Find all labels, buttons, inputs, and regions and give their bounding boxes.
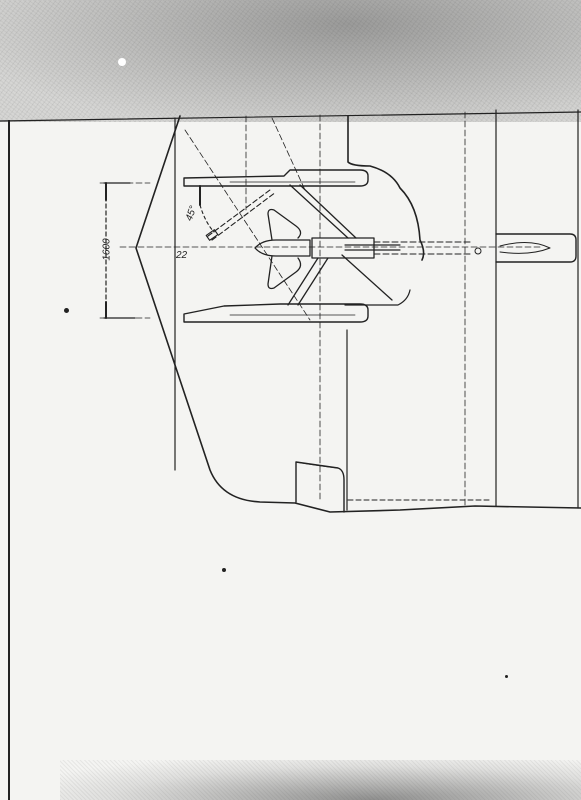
ink-speck xyxy=(505,675,508,678)
scan-blemish xyxy=(118,58,126,66)
upper-pylon-store xyxy=(184,170,368,186)
spar-lines xyxy=(175,110,578,510)
scanned-drawing: 1600 22 45° xyxy=(0,0,581,800)
ink-speck xyxy=(64,308,69,313)
span-dimension-label: 1600 xyxy=(102,238,113,260)
angled-store xyxy=(200,186,276,240)
ink-speck xyxy=(222,568,226,572)
drawing-top-border xyxy=(0,112,581,121)
lower-pylon-store xyxy=(184,304,368,322)
wing-planform xyxy=(136,116,581,512)
center-missile xyxy=(255,210,470,289)
technical-drawing xyxy=(0,0,581,800)
station-marker-label: 22 xyxy=(176,250,187,261)
fuselage-tail-pod xyxy=(475,234,576,262)
construction-lines xyxy=(100,112,540,506)
wing-fence xyxy=(296,462,492,512)
